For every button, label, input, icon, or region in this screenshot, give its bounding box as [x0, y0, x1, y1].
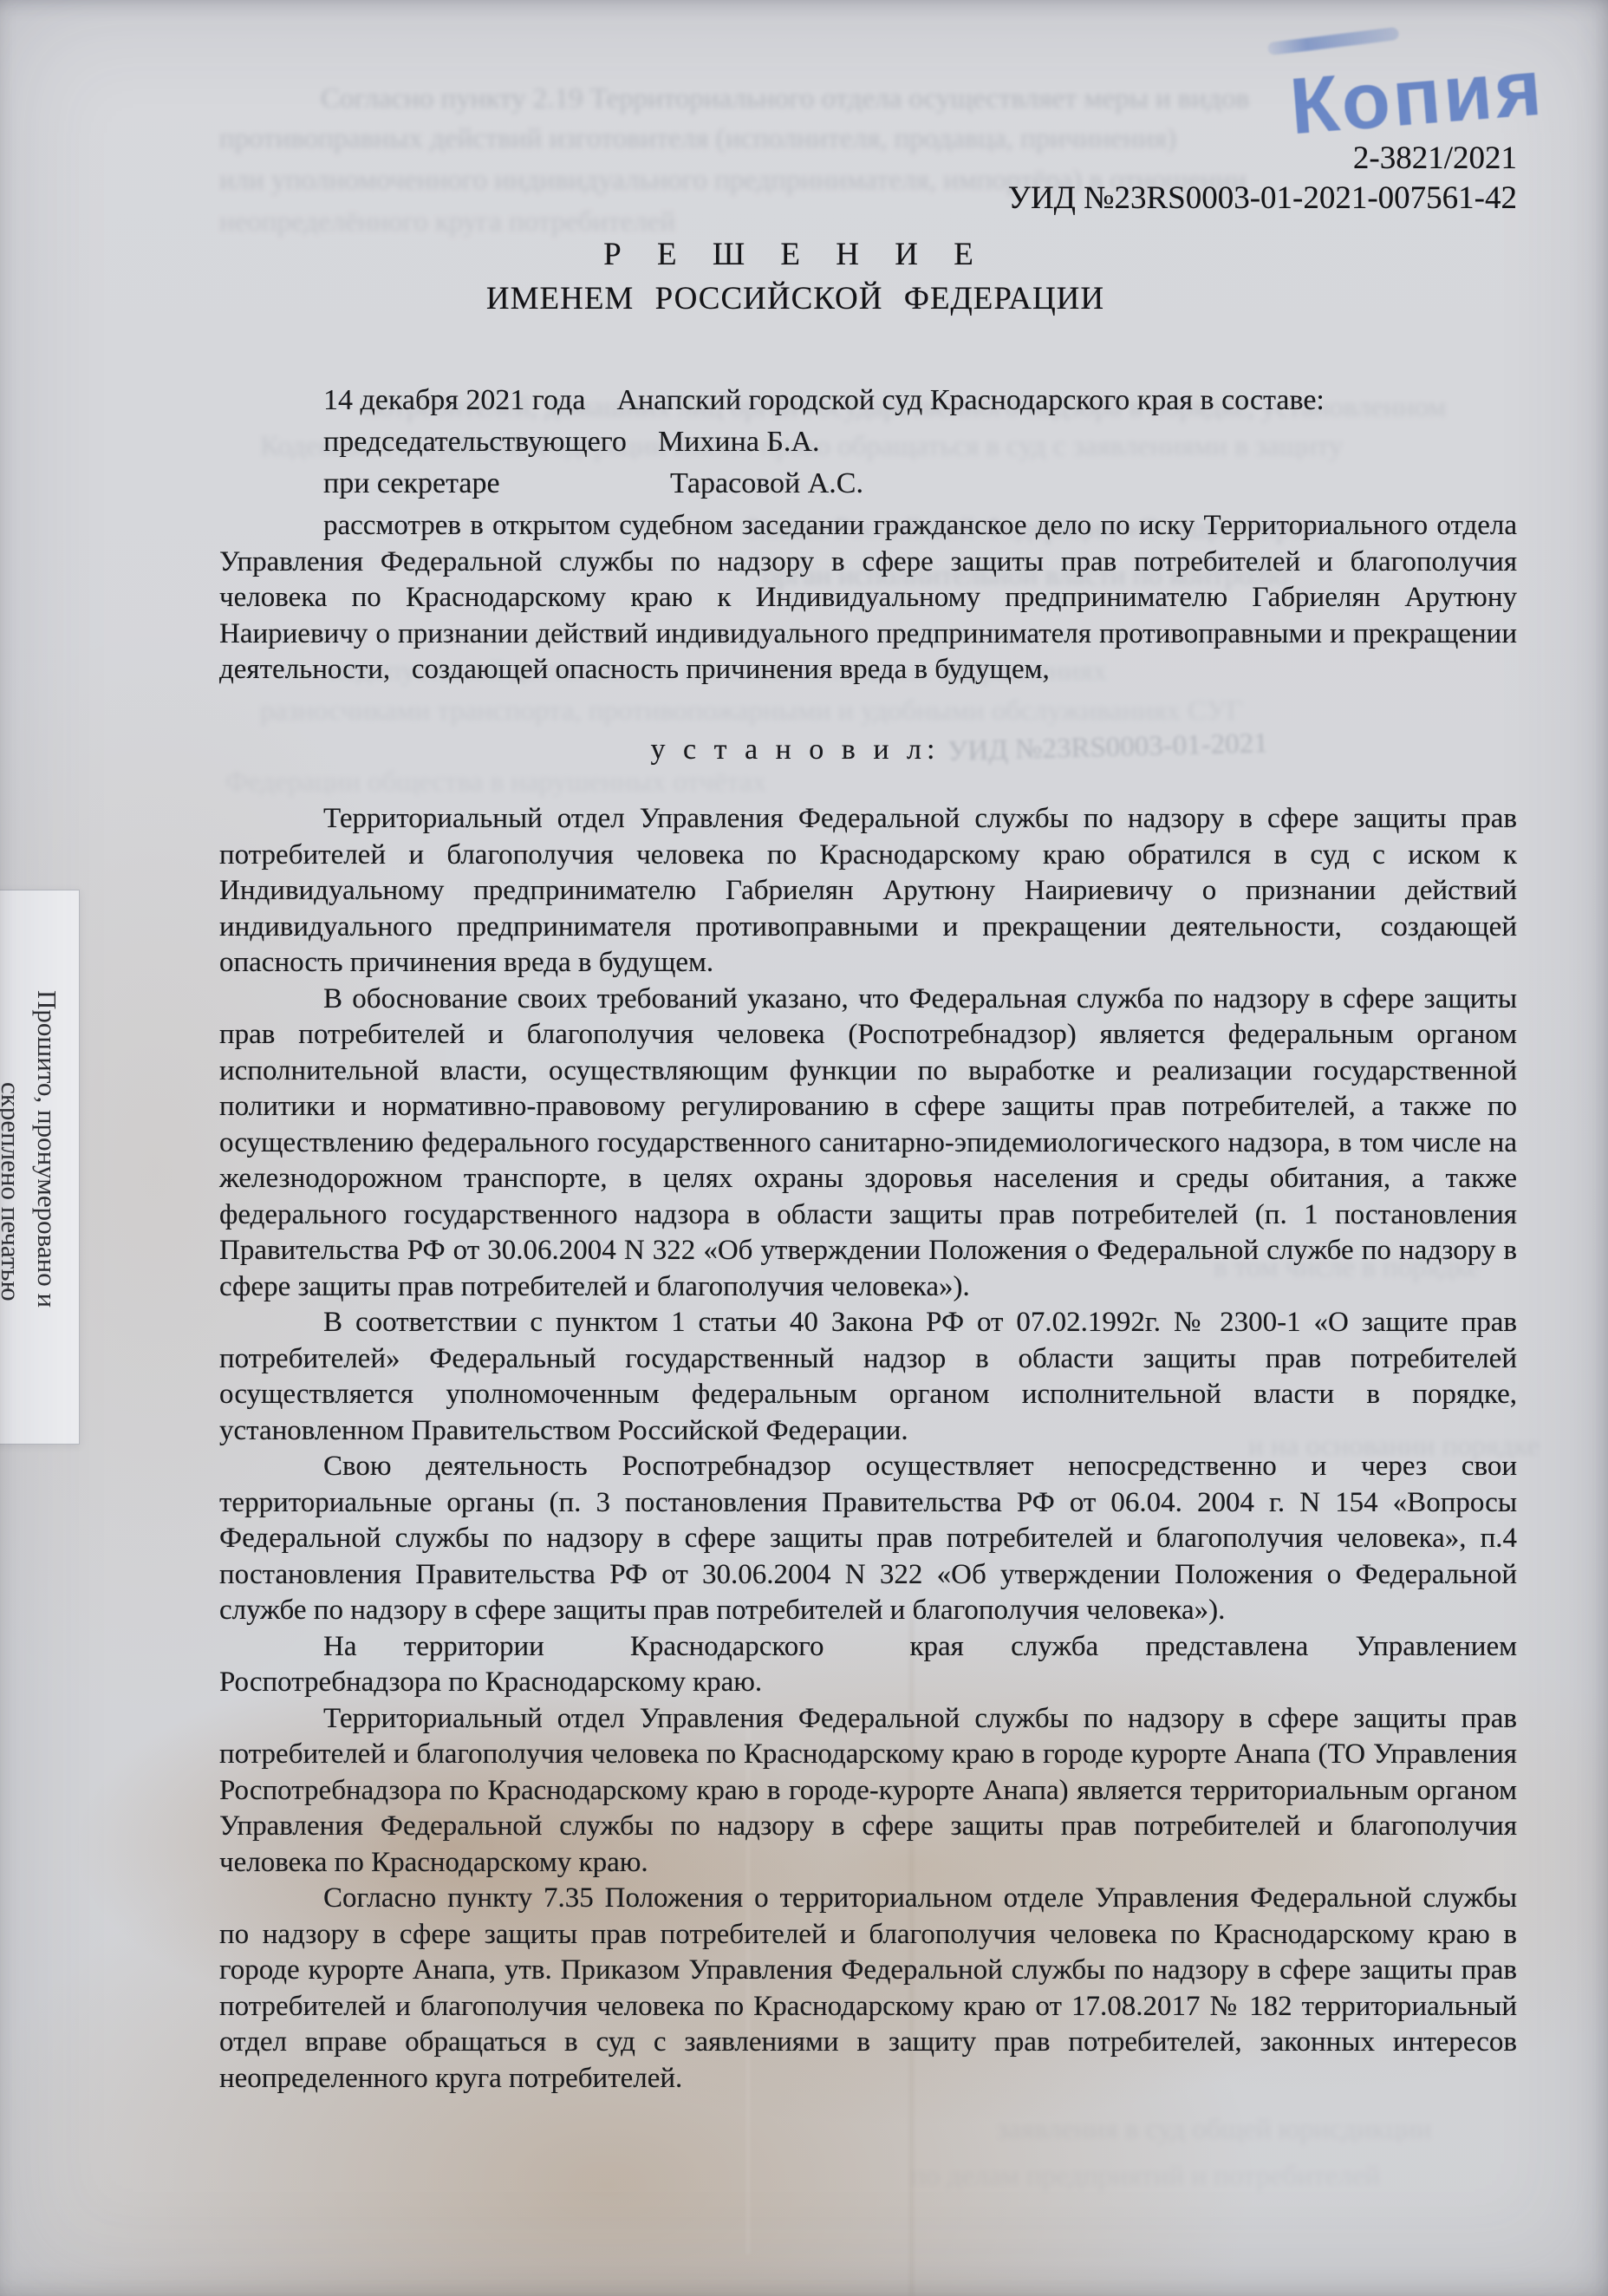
secretary-name: Тарасовой А.С.: [670, 467, 863, 499]
title-block: Р Е Ш Е Н И Е ИМЕНЕМ РОССИЙСКОЙ ФЕДЕРАЦИ…: [146, 232, 1444, 321]
decision-body: Территориальный отдел Управления Федерал…: [219, 801, 1517, 2097]
intro-block: 14 декабря 2021 годаАнапский городской с…: [219, 380, 1517, 688]
body-paragraph: В соответствии с пунктом 1 статьи 40 Зак…: [219, 1305, 1517, 1449]
title-decision: Р Е Ш Е Н И Е: [146, 232, 1444, 277]
decision-date: 14 декабря 2021 года: [323, 384, 585, 416]
binding-note-line1: Прошито, пронумеровано и: [31, 990, 62, 1308]
secretary-line: при секретареТарасовой А.С.: [219, 463, 1517, 505]
body-paragraph: Территориальный отдел Управления Федерал…: [219, 801, 1517, 982]
copy-stamp: Копия: [1287, 46, 1547, 149]
judge-label: председательствующего: [323, 421, 658, 463]
body-paragraph: Согласно пункту 7.35 Положения о террито…: [219, 1881, 1517, 2097]
binding-note-line2: скреплено печатью: [0, 1082, 26, 1301]
body-paragraph: На территории Краснодарского края служба…: [219, 1629, 1517, 1701]
case-number: 2-3821/2021: [1008, 139, 1517, 179]
stamp-ink-smear: [1267, 27, 1400, 55]
judge-line: председательствующегоМихина Б.А.: [219, 421, 1517, 463]
header-block: 2-3821/2021 УИД №23RS0003-01-2021-007561…: [1008, 139, 1517, 219]
body-paragraph: Территориальный отдел Управления Федерал…: [219, 1701, 1517, 1882]
ghost-text: разносчиками транспорта, противопожарным…: [260, 695, 1243, 727]
judge-name: Михина Б.А.: [658, 426, 820, 458]
ghost-text: заявления в суд общей юрисдикции: [997, 2114, 1432, 2146]
case-uid: УИД №23RS0003-01-2021-007561-42: [1008, 179, 1517, 219]
ustanovil-heading: у с т а н о в и л:: [146, 734, 1444, 766]
title-in-the-name: ИМЕНЕМ РОССИЙСКОЙ ФЕДЕРАЦИИ: [146, 277, 1444, 321]
body-paragraph: В обоснование своих требований указано, …: [219, 982, 1517, 1306]
secretary-label: при секретаре: [323, 463, 670, 505]
ghost-text: Федерации общества в нарушенных отчётах: [225, 766, 766, 799]
body-paragraph: Свою деятельность Роспотребнадзор осущес…: [219, 1449, 1517, 1629]
date-court-line: 14 декабря 2021 годаАнапский городской с…: [219, 380, 1517, 421]
ghost-text: Согласно пункту 2.19 Территориального от…: [321, 83, 1249, 115]
ghost-text: по делам предприятий и потребителей: [910, 2161, 1380, 2193]
case-description: рассмотрев в открытом судебном заседании…: [219, 508, 1517, 688]
scanned-court-decision-page: Согласно пункту 2.19 Территориального от…: [0, 0, 1608, 2296]
court-name: Анапский городской суд Краснодарского кр…: [616, 384, 1324, 416]
